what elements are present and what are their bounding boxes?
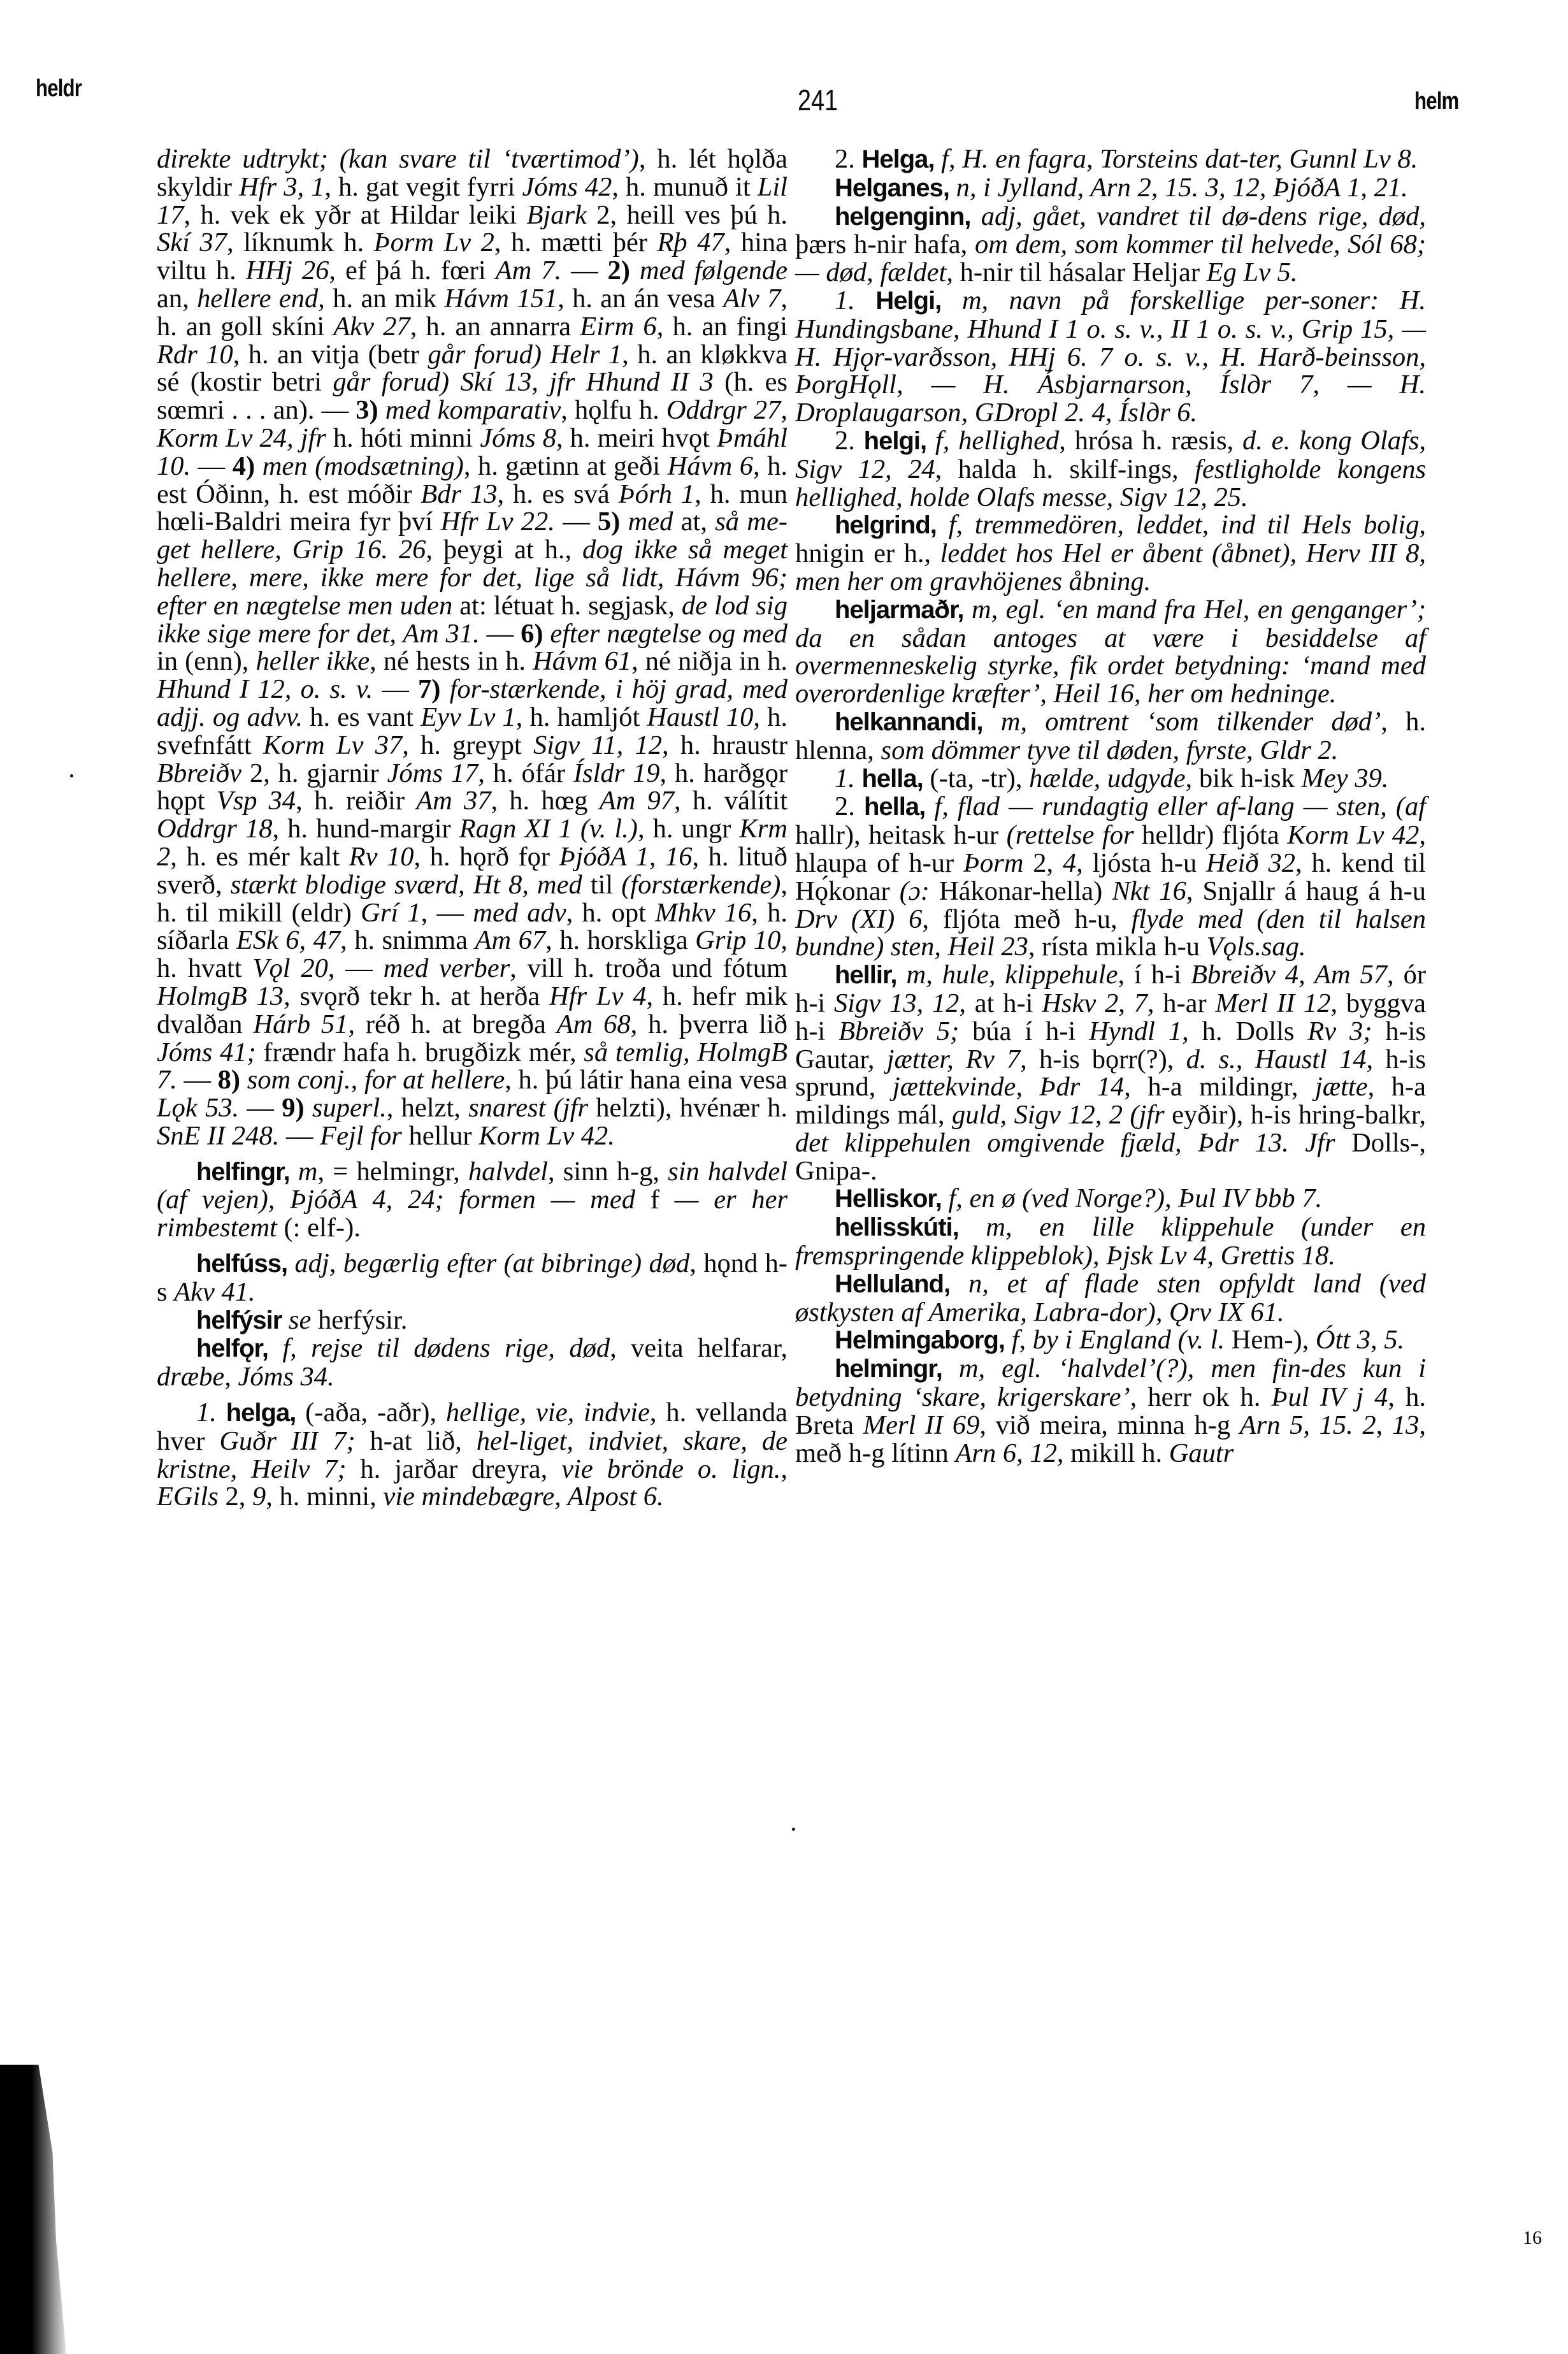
roman-text: , h. munuð it — [612, 172, 757, 202]
italic-text: 4 — [1063, 848, 1076, 878]
italic-text: Hfr Lv 22. — [441, 507, 555, 537]
italic-text: Arn 5, 15. 2, 13 — [1240, 1410, 1420, 1440]
italic-text: hellige, vie, indvie — [446, 1397, 650, 1427]
roman-text: 2. — [835, 791, 864, 821]
italic-text: jætte — [1315, 1072, 1368, 1102]
roman-text: 2, — [1023, 848, 1063, 878]
italic-text: Bbreiðv — [157, 758, 241, 788]
italic-text: Alv 7 — [723, 284, 780, 314]
roman-text: , halda h. skilf-ings, — [935, 454, 1195, 484]
italic-text: Bbreiðv 5; — [838, 1016, 959, 1046]
roman-text: , h. ungr — [638, 814, 739, 844]
roman-text: frændr hafa h. brugðizk mér, — [256, 1037, 584, 1067]
italic-text: Sigv 11, 12 — [533, 730, 662, 760]
roman-text: , h. es svá — [497, 479, 618, 509]
dictionary-entry: 1. helga, (-aða, -aðr), hellige, vie, in… — [157, 1399, 788, 1511]
roman-text: — — [177, 1065, 218, 1095]
italic-text: f, by i England (v. l. — [1012, 1325, 1225, 1355]
headword: helkannandi, — [835, 708, 983, 736]
headword: helfýsir — [196, 1306, 282, 1334]
roman-text: , h. greypt — [402, 730, 533, 760]
italic-text: 9 — [252, 1482, 266, 1512]
roman-text: , h. válítit — [674, 786, 788, 816]
italic-text: Am 68 — [557, 1009, 631, 1039]
roman-text: h-at lið, — [356, 1426, 477, 1456]
headword: Helganes, — [835, 174, 949, 202]
italic-text: m — [298, 1157, 318, 1187]
italic-text: Vsp 34 — [217, 786, 296, 816]
roman-text: , h. hamljót — [516, 702, 647, 732]
roman-text: , h-ar — [1147, 988, 1216, 1018]
sense-number: 2) — [608, 256, 630, 285]
italic-text: Grí 1 — [361, 898, 421, 928]
roman-text — [543, 619, 550, 649]
italic-text: 1. — [835, 285, 855, 315]
roman-text: , h. an fingi — [657, 312, 788, 342]
roman-text: búa í h-i — [959, 1016, 1089, 1046]
italic-text: Hfr 3, 1 — [239, 172, 324, 202]
italic-text: f, H. en fagra, Torsteins dat-ter, Gunnl… — [941, 144, 1418, 174]
roman-text: , h. hraustr — [662, 730, 788, 760]
italic-text: Mey 39. — [1301, 763, 1388, 793]
roman-text — [217, 1397, 226, 1427]
roman-text: an, — [157, 284, 197, 314]
italic-text: Hávm 151 — [444, 284, 557, 314]
italic-text: vie mindebægre, Alpost 6. — [383, 1482, 663, 1512]
italic-text: direkte udtrykt; (kan svare til ‘tværtim… — [157, 144, 639, 174]
dictionary-entry: helfúss, adj, begærlig efter (at bibring… — [157, 1250, 788, 1306]
roman-text: , h. hœg — [491, 786, 600, 816]
italic-text: Jóms 17 — [387, 758, 478, 788]
italic-text: jætter, Rv 7 — [887, 1044, 1020, 1074]
roman-text: at: létuat h. segjask, — [452, 591, 682, 621]
italic-text: men (modsætning) — [263, 451, 464, 481]
roman-text — [240, 1065, 247, 1095]
roman-text: , sinn h-g, — [548, 1157, 668, 1187]
left-guide-word: heldr — [36, 75, 82, 103]
dictionary-entry: 1. Helgi, m, navn på forskellige per-son… — [795, 287, 1426, 427]
roman-text: , h. vek ek yðr at Hildar leiki — [184, 200, 527, 230]
roman-text — [855, 763, 862, 793]
roman-text — [926, 426, 935, 456]
italic-text: HolmgB 13 — [157, 981, 284, 1011]
roman-text: hallr), heitask h-ur — [795, 820, 1007, 850]
italic-text: Hyndl 1 — [1089, 1016, 1182, 1046]
roman-text: , h. an annarra — [410, 312, 580, 342]
roman-text: h. hóti minni — [326, 423, 480, 453]
dictionary-entry: 2. hella, f, flad — rundagtig eller af-l… — [795, 793, 1426, 961]
roman-text: , við meira, minna h-g — [979, 1410, 1239, 1440]
roman-text: , h. þú látir hana eina vesa — [505, 1065, 788, 1095]
italic-text: Þul IV j 4 — [1272, 1382, 1388, 1412]
roman-text: , herr ok h. — [1130, 1382, 1272, 1412]
roman-text: , h. an mik — [318, 284, 444, 314]
italic-text: f, hellighed — [935, 426, 1059, 456]
italic-text: heller ikke — [255, 646, 370, 676]
italic-text: Grip 10 — [695, 925, 780, 955]
roman-text: — — [239, 1093, 282, 1123]
italic-text: Guðr III 7; — [219, 1426, 355, 1456]
sense-number: 8) — [218, 1065, 240, 1095]
italic-text: n, i Jylland, Arn 2, 15. 3, 12, ÞjóðA 1,… — [956, 173, 1408, 203]
dictionary-entry: Helmingaborg, f, by i England (v. l. Hem… — [795, 1326, 1426, 1355]
sense-number: 9) — [282, 1093, 304, 1123]
italic-text: Hfr Lv 4 — [549, 981, 646, 1011]
italic-text: med komparativ — [385, 395, 561, 425]
italic-text: Þorm — [963, 848, 1023, 878]
italic-text: Merl II 69 — [863, 1410, 980, 1440]
roman-text: h. es vant — [303, 702, 421, 732]
italic-text: Akv 27 — [333, 312, 410, 342]
headword: hella, — [864, 793, 925, 821]
dictionary-entry: Helganes, n, i Jylland, Arn 2, 15. 3, 12… — [795, 174, 1426, 203]
italic-text: Hárb 51 — [253, 1009, 348, 1039]
italic-text: Merl II 12 — [1215, 988, 1330, 1018]
italic-text: Haustl 10 — [647, 702, 753, 732]
headword: Helluland, — [835, 1270, 950, 1298]
roman-text: , h. mætti þér — [494, 227, 658, 257]
headword: Helliskor, — [835, 1185, 942, 1213]
roman-text: , h. snimma — [340, 925, 475, 955]
roman-text — [268, 1333, 282, 1363]
roman-text: in (enn), — [157, 646, 255, 676]
italic-text: Am 67 — [475, 925, 546, 955]
roman-text: , h. opt — [566, 898, 656, 928]
roman-text: , mikill h. — [1057, 1438, 1169, 1468]
italic-text: Jóms 8 — [480, 423, 556, 453]
roman-text: (-ta, -tr), — [923, 763, 1029, 793]
italic-text: Mhkv 16 — [655, 898, 751, 928]
roman-text: — — [373, 674, 418, 704]
italic-text: Bdr 13 — [421, 479, 497, 509]
dictionary-entry: helkannandi, m, omtrent ‘som tilkender d… — [795, 708, 1426, 765]
roman-text: f — [635, 1185, 675, 1215]
italic-text: Jóms 42 — [522, 172, 612, 202]
roman-text: — — [561, 256, 607, 285]
italic-text: (ɔ: — [900, 876, 930, 906]
italic-text: guld, Sigv 12, 2 (jfr — [952, 1100, 1165, 1130]
dictionary-entry: 1. hella, (-ta, -tr), hælde, udgyde, bik… — [795, 765, 1426, 793]
roman-text — [937, 510, 949, 540]
right-guide-word: helm — [1414, 88, 1458, 115]
italic-text: med — [628, 507, 673, 537]
roman-text: , fljóta með h-u, — [922, 904, 1131, 934]
roman-text: eyðir), h-is hring-balkr, — [1165, 1100, 1426, 1130]
italic-text: Fejl for — [320, 1121, 402, 1151]
italic-text: hellere end — [197, 284, 318, 314]
italic-text: f, rejse til dødens rige, død — [282, 1333, 610, 1363]
roman-text: , ef þá h. fœri — [329, 256, 495, 285]
italic-text: som conj., for at hellere — [247, 1065, 505, 1095]
headword: heljarmaðr, — [835, 596, 963, 624]
roman-text: , h. Dolls — [1182, 1016, 1307, 1046]
italic-text: stærkt blodige sværd, Ht 8, med — [231, 870, 582, 900]
roman-text: , h. an vitja (betr — [233, 340, 428, 370]
italic-text: Rv 10 — [349, 842, 414, 872]
headword: helgi, — [864, 427, 926, 455]
roman-text: , h. horskliga — [545, 925, 695, 955]
italic-text: Ótt 3, 5. — [1316, 1325, 1404, 1355]
italic-text: (forstærkende) — [621, 870, 780, 900]
roman-text — [983, 707, 1001, 737]
dictionary-entry: hellir, m, hule, klippehule, í h-i Bbrei… — [795, 961, 1426, 1185]
dictionary-entry: helfýsir se herfýsir. — [157, 1306, 788, 1335]
italic-text: (rettelse for — [1007, 820, 1134, 850]
roman-text: , né hests in h. — [370, 646, 533, 676]
headword: Helga, — [862, 145, 935, 173]
italic-text: 1. — [835, 763, 855, 793]
roman-text — [287, 1248, 294, 1278]
roman-text: , h. minni, — [266, 1482, 383, 1512]
dictionary-page: heldr 241 helm direkte udtrykt; (kan sva… — [0, 0, 1568, 2354]
sense-number: 5) — [598, 507, 620, 537]
headword: helgenginn, — [835, 203, 970, 231]
roman-text — [949, 173, 956, 203]
italic-text: med følgende — [640, 256, 788, 285]
italic-text: Heið 32 — [1206, 848, 1295, 878]
roman-text: , hǫlfu h. — [561, 395, 666, 425]
roman-text — [897, 960, 907, 990]
italic-text: halvdel — [468, 1157, 548, 1187]
roman-text — [963, 595, 971, 625]
italic-text: som dömmer tyve til døden, fyrste, Gldr … — [881, 735, 1339, 765]
roman-text: — — [279, 1121, 320, 1151]
scan-speck — [70, 774, 73, 777]
roman-text — [290, 1157, 298, 1187]
italic-text: det klippehulen omgivende fjæld, Þdr 13.… — [795, 1128, 1335, 1158]
dictionary-entry: helmingr, m, egl. ‘halvdel’(?), men fin-… — [795, 1355, 1426, 1467]
italic-text: går forud) Skí 13, jfr Hhund II 3 — [333, 367, 713, 397]
italic-text: Vǫls.sag. — [1207, 932, 1306, 962]
roman-text: , — — [328, 953, 384, 983]
roman-text: — — [191, 451, 233, 481]
roman-text: , rísta mikla h-u — [1028, 932, 1207, 962]
roman-text: , h-a mildingr, — [1124, 1072, 1315, 1102]
italic-text: Hskv 2, 7 — [1042, 988, 1147, 1018]
signature-mark: 16 — [1523, 2227, 1542, 2249]
roman-text — [630, 256, 640, 285]
italic-text: Eg Lv 5. — [1207, 257, 1298, 287]
headword: helfǫr, — [196, 1334, 268, 1362]
sense-number: 6) — [521, 619, 543, 649]
roman-text — [925, 791, 934, 821]
roman-text: helldr) fljóta — [1134, 820, 1288, 850]
italic-text: Bjark — [527, 200, 587, 230]
italic-text: f, tremmedören, leddet, ind til Hels bol… — [949, 510, 1420, 540]
scan-shadow-edge — [0, 2065, 70, 2354]
italic-text: se — [289, 1305, 311, 1335]
italic-text: Hhund I 12, o. s. v. — [157, 674, 373, 704]
roman-text: , helzt, — [387, 1093, 468, 1123]
page-number: 241 — [798, 83, 838, 117]
dictionary-entry: Helliskor, f, en ø (ved Norge?), Þul IV … — [795, 1185, 1426, 1213]
roman-text: , h. hǫrð fǫr — [414, 842, 559, 872]
roman-text: , h. an án vesa — [557, 284, 723, 314]
italic-text: Gautr — [1169, 1438, 1234, 1468]
roman-text: , Snjallr á haug á h-u — [1186, 876, 1426, 906]
italic-text: med adv — [473, 898, 566, 928]
italic-text: d. s., Haustl 14 — [1186, 1044, 1367, 1074]
italic-text: går forud) Helr 1 — [428, 340, 622, 370]
headword: hella, — [862, 765, 923, 793]
headword: helmingr, — [835, 1355, 942, 1383]
dictionary-entry: helfǫr, f, rejse til dødens rige, død, v… — [157, 1334, 788, 1391]
roman-text: , líknumk h. — [227, 227, 374, 257]
italic-text: Rv 3; — [1307, 1016, 1372, 1046]
roman-text: (-aða, -aðr), — [296, 1397, 446, 1427]
headword: hellisskúti, — [835, 1213, 959, 1241]
dictionary-entry: helgenginn, adj, gået, vandret til dø-de… — [795, 203, 1426, 287]
left-column: direkte udtrykt; (kan svare til ‘tværtim… — [157, 145, 788, 1511]
italic-text: Korm Lv 37 — [263, 730, 402, 760]
dictionary-entry: Helluland, n, et af flade sten opfyldt l… — [795, 1270, 1426, 1327]
roman-text: , h. meiri hvǫt — [556, 423, 717, 453]
italic-text: m, omtrent ‘som tilkender død’ — [1001, 707, 1381, 737]
italic-text: Arn 6, 12 — [955, 1438, 1056, 1468]
italic-text: Akv 41. — [174, 1277, 255, 1307]
roman-text: til — [582, 870, 621, 900]
italic-text: Vǫl 20 — [253, 953, 328, 983]
italic-text: Þórh 1 — [619, 479, 694, 509]
italic-text: Bbreiðv 4, Am 57 — [1191, 960, 1387, 990]
italic-text: Rdr 10 — [157, 340, 233, 370]
roman-text — [970, 201, 981, 231]
roman-text — [855, 285, 876, 315]
roman-text: , h. es mér kalt — [170, 842, 349, 872]
roman-text: , — — [421, 898, 473, 928]
italic-text: ESk 6, 47 — [236, 925, 340, 955]
roman-text: , né niðja in h. — [631, 646, 788, 676]
roman-text — [305, 1093, 312, 1123]
roman-text: , h. þverra lið — [631, 1009, 788, 1039]
italic-text: Jóms 41; — [157, 1037, 256, 1067]
sense-number: 4) — [233, 451, 255, 481]
roman-text: herfýsir. — [311, 1305, 407, 1335]
roman-text: , h. gætinn at geði — [464, 451, 668, 481]
italic-text: Korm Lv 42 — [1287, 820, 1419, 850]
roman-text: , hrósa h. ræsis, — [1059, 426, 1242, 456]
italic-text: hælde, udgyde — [1029, 763, 1186, 793]
headword: hellir, — [835, 961, 897, 989]
italic-text: Hávm 61 — [533, 646, 631, 676]
roman-text — [378, 395, 385, 425]
roman-text: , at h-i — [959, 988, 1042, 1018]
roman-text: — — [555, 507, 598, 537]
dictionary-entry: helgrind, f, tremmedören, leddet, ind ti… — [795, 511, 1426, 595]
entry-continuation: direkte udtrykt; (kan svare til ‘tværtim… — [157, 145, 788, 1150]
sense-number: 3) — [356, 395, 378, 425]
headword: helgrind, — [835, 511, 937, 539]
italic-text: Sigv 13, 12 — [834, 988, 959, 1018]
italic-text: snarest (jfr — [468, 1093, 588, 1123]
italic-text: superl. — [312, 1093, 387, 1123]
italic-text: Ísldr 19 — [573, 758, 660, 788]
roman-text: 2. — [835, 426, 864, 456]
italic-text: Am 7. — [496, 256, 562, 285]
italic-text: Þorm Lv 2 — [374, 227, 494, 257]
italic-text: f, flad — rundagtig eller af-lang — sten… — [934, 791, 1426, 821]
italic-text: Hávm 6 — [668, 451, 753, 481]
headword: helfingr, — [196, 1158, 290, 1186]
italic-text: Lǫk 53. — [157, 1093, 239, 1123]
roman-text: , = helmingr, — [317, 1157, 468, 1187]
italic-text: Eirm 6 — [580, 312, 656, 342]
dictionary-entry: helfingr, m, = helmingr, halvdel, sinn h… — [157, 1158, 788, 1242]
italic-text: Am 37 — [416, 786, 491, 816]
italic-text: SnE II 248. — [157, 1121, 279, 1151]
roman-text: , h. ófár — [478, 758, 573, 788]
dictionary-entry: 2. helgi, f, hellighed, hrósa h. ræsis, … — [795, 427, 1426, 511]
italic-text: f, en ø (ved Norge?), Þul IV bbb 7. — [949, 1183, 1323, 1213]
roman-text: , h-nir til hásalar Heljar — [946, 257, 1206, 287]
roman-text — [950, 1269, 968, 1299]
roman-text: hellur — [402, 1121, 478, 1151]
scan-speck — [792, 1828, 795, 1831]
italic-text: adj, gået, vandret til dø-dens rige, død — [981, 201, 1420, 231]
roman-text — [1005, 1325, 1012, 1355]
italic-text: dræbe, Jóms 34. — [157, 1362, 334, 1392]
roman-text: — — [480, 619, 521, 649]
roman-text — [941, 285, 962, 315]
roman-text: , h. hund-margir — [272, 814, 459, 844]
italic-text: Korm Lv 42. — [478, 1121, 615, 1151]
roman-text: Hem-), — [1225, 1325, 1316, 1355]
roman-text: , h. reiðir — [296, 786, 416, 816]
italic-text: Am 97 — [600, 786, 674, 816]
roman-text — [959, 1212, 986, 1242]
roman-text: 2. — [835, 144, 862, 174]
roman-text: , í h-i — [1118, 960, 1190, 990]
headword: helga, — [226, 1399, 296, 1427]
italic-text: Drv (XI) 6 — [795, 904, 922, 934]
italic-text: Ragn XI 1 (v. l.) — [459, 814, 638, 844]
roman-text: , h. gat vegit fyrri — [324, 172, 522, 202]
roman-text: (: elf-). — [277, 1213, 361, 1243]
roman-text: Hákonar-hella) — [930, 876, 1112, 906]
roman-text — [282, 1305, 289, 1335]
roman-text — [942, 1354, 959, 1383]
roman-text: , svǫrð tekr h. at herða — [284, 981, 549, 1011]
italic-text: jættekvinde, Þdr 14 — [893, 1072, 1124, 1102]
italic-text: m, hule, klippehule — [906, 960, 1118, 990]
sense-number: 7) — [418, 674, 440, 704]
roman-text: 2, h. gjarnir — [241, 758, 387, 788]
roman-text — [935, 144, 942, 174]
roman-text: h. jarðar dreyra, — [347, 1454, 562, 1484]
italic-text: Nkt 16 — [1112, 876, 1186, 906]
roman-text: at, — [673, 507, 715, 537]
roman-text — [440, 674, 449, 704]
roman-text: 2, heill ves þú h. — [587, 200, 788, 230]
italic-text: med verber — [384, 953, 510, 983]
roman-text: helzti), hvénær h. — [588, 1093, 788, 1123]
headword: helfúss, — [196, 1250, 287, 1278]
roman-text — [620, 507, 628, 537]
italic-text: 1. — [196, 1397, 217, 1427]
roman-text: , ljósta h-u — [1076, 848, 1206, 878]
italic-text: ÞjóðA 1, 16 — [559, 842, 693, 872]
dictionary-entry: heljarmaðr, m, egl. ‘en mand fra Hel, en… — [795, 596, 1426, 708]
roman-text: , vill h. troða und fótum — [510, 953, 788, 983]
roman-text: , bik h-isk — [1186, 763, 1302, 793]
italic-text: efter nægtelse og med — [550, 619, 788, 649]
roman-text: , veita helfarar, — [610, 1333, 788, 1363]
roman-text: , réð h. at bregða — [348, 1009, 556, 1039]
italic-text: Eyv Lv 1 — [421, 702, 516, 732]
headword: Helmingaborg, — [835, 1326, 1005, 1354]
italic-text: Oddrgr 18 — [157, 814, 272, 844]
italic-text: Rþ 47 — [657, 227, 724, 257]
